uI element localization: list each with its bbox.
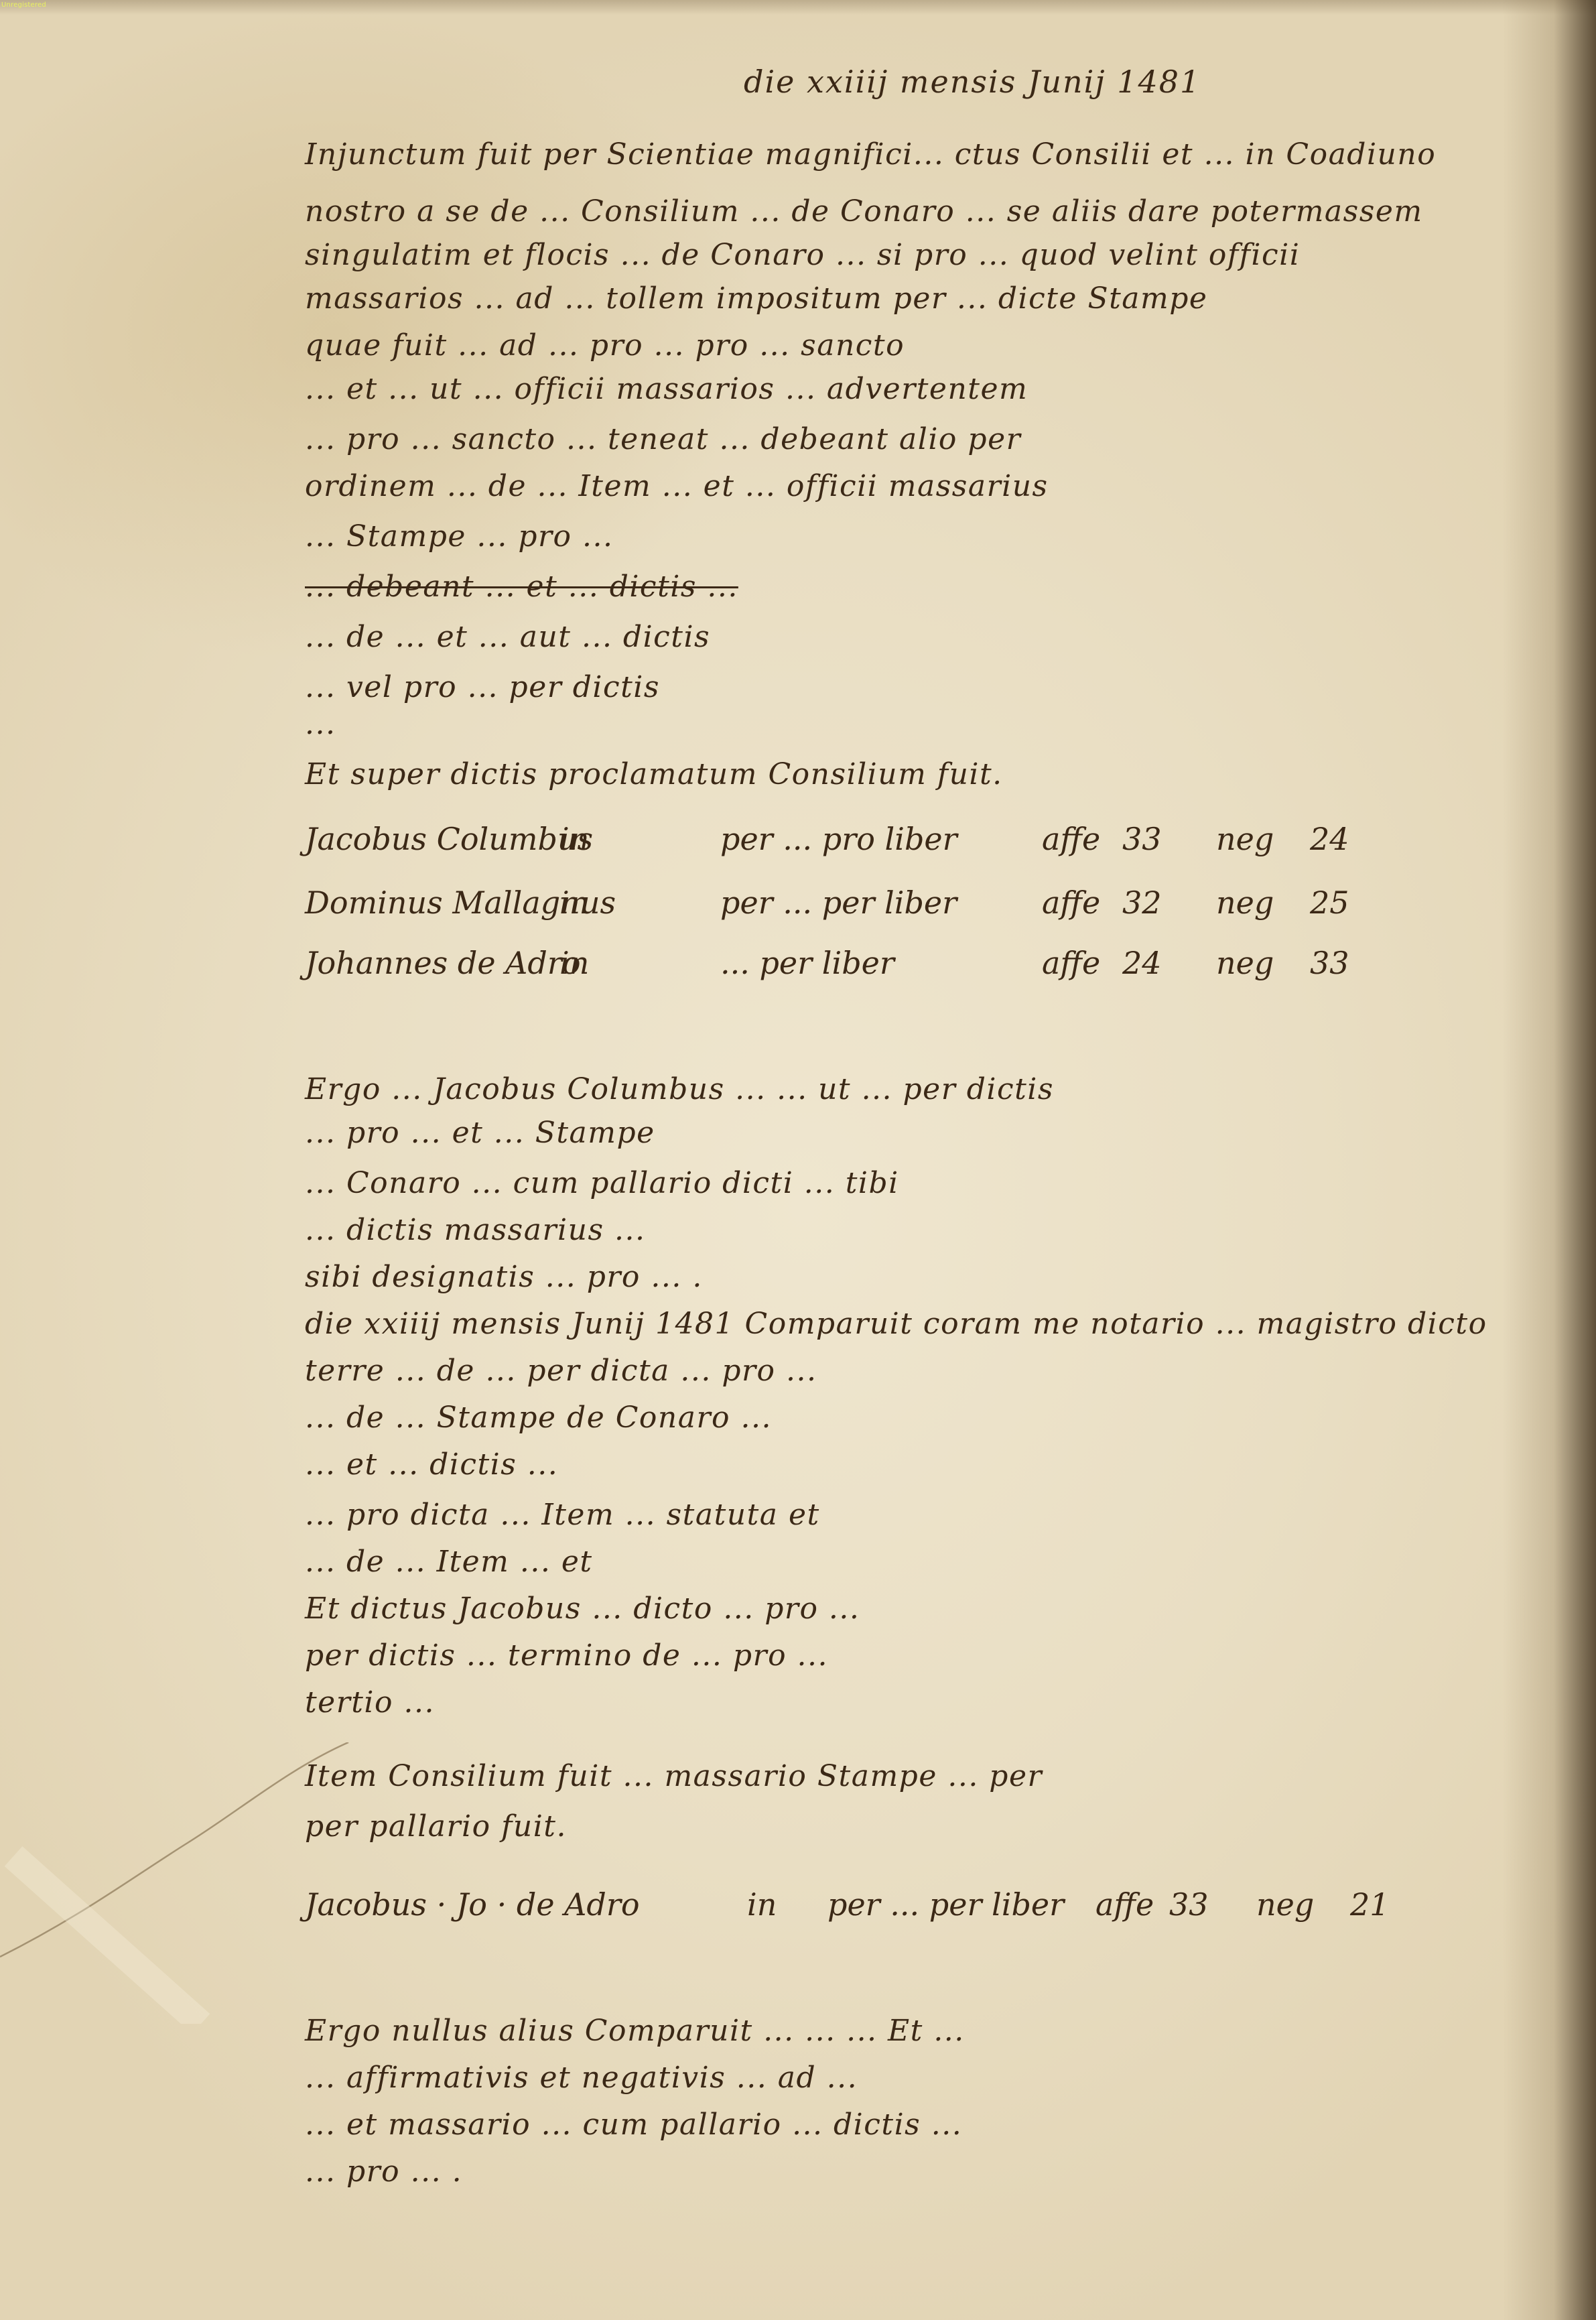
page-heading-date: die xxiiij mensis Junij 1481 xyxy=(744,64,1201,100)
text-line: massarios ... ad ... tollem impositum pe… xyxy=(305,281,1207,316)
affirmative-count: 32 xyxy=(1122,885,1162,921)
text-line: ... de ... Stampe de Conaro ... xyxy=(305,1401,772,1435)
negative-count: 21 xyxy=(1350,1886,1390,1923)
negative-label: neg xyxy=(1216,821,1274,857)
text-line: die xxiiij mensis Junij 1481 Comparuit c… xyxy=(305,1307,1487,1341)
text-line: Injunctum fuit per Scientiae magnifici..… xyxy=(305,137,1436,172)
manuscript-page: Unregistered die xxiiij mensis Junij 148… xyxy=(0,0,1596,2320)
text-line: ... dictis massarius ... xyxy=(305,1213,645,1247)
text-line: nostro a se de ... Consilium ... de Cona… xyxy=(305,194,1423,229)
affirmative-label: affe xyxy=(1042,821,1100,857)
candidate-name: Jacobus · Jo · de Adro xyxy=(305,1886,640,1923)
affirmative-count: 33 xyxy=(1169,1886,1209,1923)
text-line: tertio ... xyxy=(305,1685,435,1720)
text-line: ... pro ... . xyxy=(305,2154,462,2189)
watermark-label: Unregistered xyxy=(1,1,46,9)
text-line: terre ... de ... per dicta ... pro ... xyxy=(305,1354,817,1388)
page-top-edge xyxy=(0,0,1596,15)
text-line: ... pro ... et ... Stampe xyxy=(305,1116,655,1150)
vote-motion: per ... per liber xyxy=(720,885,957,921)
text-line: ... pro dicta ... Item ... statuta et xyxy=(305,1498,820,1532)
negative-label: neg xyxy=(1216,945,1274,981)
vote-in: in xyxy=(747,1886,777,1923)
negative-label: neg xyxy=(1256,1886,1314,1923)
negative-count: 33 xyxy=(1310,945,1349,981)
affirmative-label: affe xyxy=(1042,945,1100,981)
candidate-name: Johannes de Adro xyxy=(305,945,581,981)
text-line: ... et ... ut ... officii massarios ... … xyxy=(305,372,1028,406)
text-line: ... Conaro ... cum pallario dicti ... ti… xyxy=(305,1166,899,1200)
text-line: ... pro ... sancto ... teneat ... debean… xyxy=(305,422,1021,456)
vote-intro: Et super dictis proclamatum Consilium fu… xyxy=(305,757,1003,791)
text-line: per pallario fuit. xyxy=(305,1809,567,1844)
affirmative-count: 33 xyxy=(1122,821,1162,857)
text-line-struck: ... debeant ... et ... dictis ... xyxy=(305,570,738,604)
text-line: quae fuit ... ad ... pro ... pro ... san… xyxy=(305,328,905,363)
text-line: Et dictus Jacobus ... dicto ... pro ... xyxy=(305,1592,860,1626)
negative-count: 24 xyxy=(1310,821,1349,857)
text-line: ... Stampe ... pro ... xyxy=(305,519,614,554)
text-line: sibi designatis ... pro ... . xyxy=(305,1260,703,1294)
negative-label: neg xyxy=(1216,885,1274,921)
candidate-name: Jacobus Columbus xyxy=(305,821,593,857)
vote-in: in xyxy=(559,821,589,857)
affirmative-count: 24 xyxy=(1122,945,1162,981)
affirmative-label: affe xyxy=(1042,885,1100,921)
text-line: singulatim et flocis ... de Conaro ... s… xyxy=(305,238,1300,272)
text-line: ... et massario ... cum pallario ... dic… xyxy=(305,2108,962,2142)
text-line: ... vel pro ... per dictis xyxy=(305,670,660,704)
vote-motion: per ... per liber xyxy=(827,1886,1064,1923)
text-line: ... xyxy=(305,707,336,741)
text-line: Ergo nullus alius Comparuit ... ... ... … xyxy=(305,2014,965,2048)
negative-count: 25 xyxy=(1310,885,1349,921)
text-line: Ergo ... Jacobus Columbus ... ... ut ...… xyxy=(305,1072,1054,1106)
text-line: ... de ... Item ... et xyxy=(305,1545,593,1579)
text-line: ... de ... et ... aut ... dictis xyxy=(305,620,710,654)
binding-spine-shadow xyxy=(1502,0,1596,2320)
text-line: Item Consilium fuit ... massario Stampe … xyxy=(305,1759,1043,1793)
text-line: ... et ... dictis ... xyxy=(305,1447,558,1482)
vote-in: in xyxy=(559,945,589,981)
vote-motion: per ... pro liber xyxy=(720,821,957,857)
text-line: ... affirmativis et negativis ... ad ... xyxy=(305,2061,858,2095)
affirmative-label: affe xyxy=(1095,1886,1154,1923)
text-line: per dictis ... termino de ... pro ... xyxy=(305,1638,828,1673)
vote-in: in xyxy=(559,885,589,921)
vote-motion: ... per liber xyxy=(720,945,894,981)
text-line: ordinem ... de ... Item ... et ... offic… xyxy=(305,469,1049,503)
